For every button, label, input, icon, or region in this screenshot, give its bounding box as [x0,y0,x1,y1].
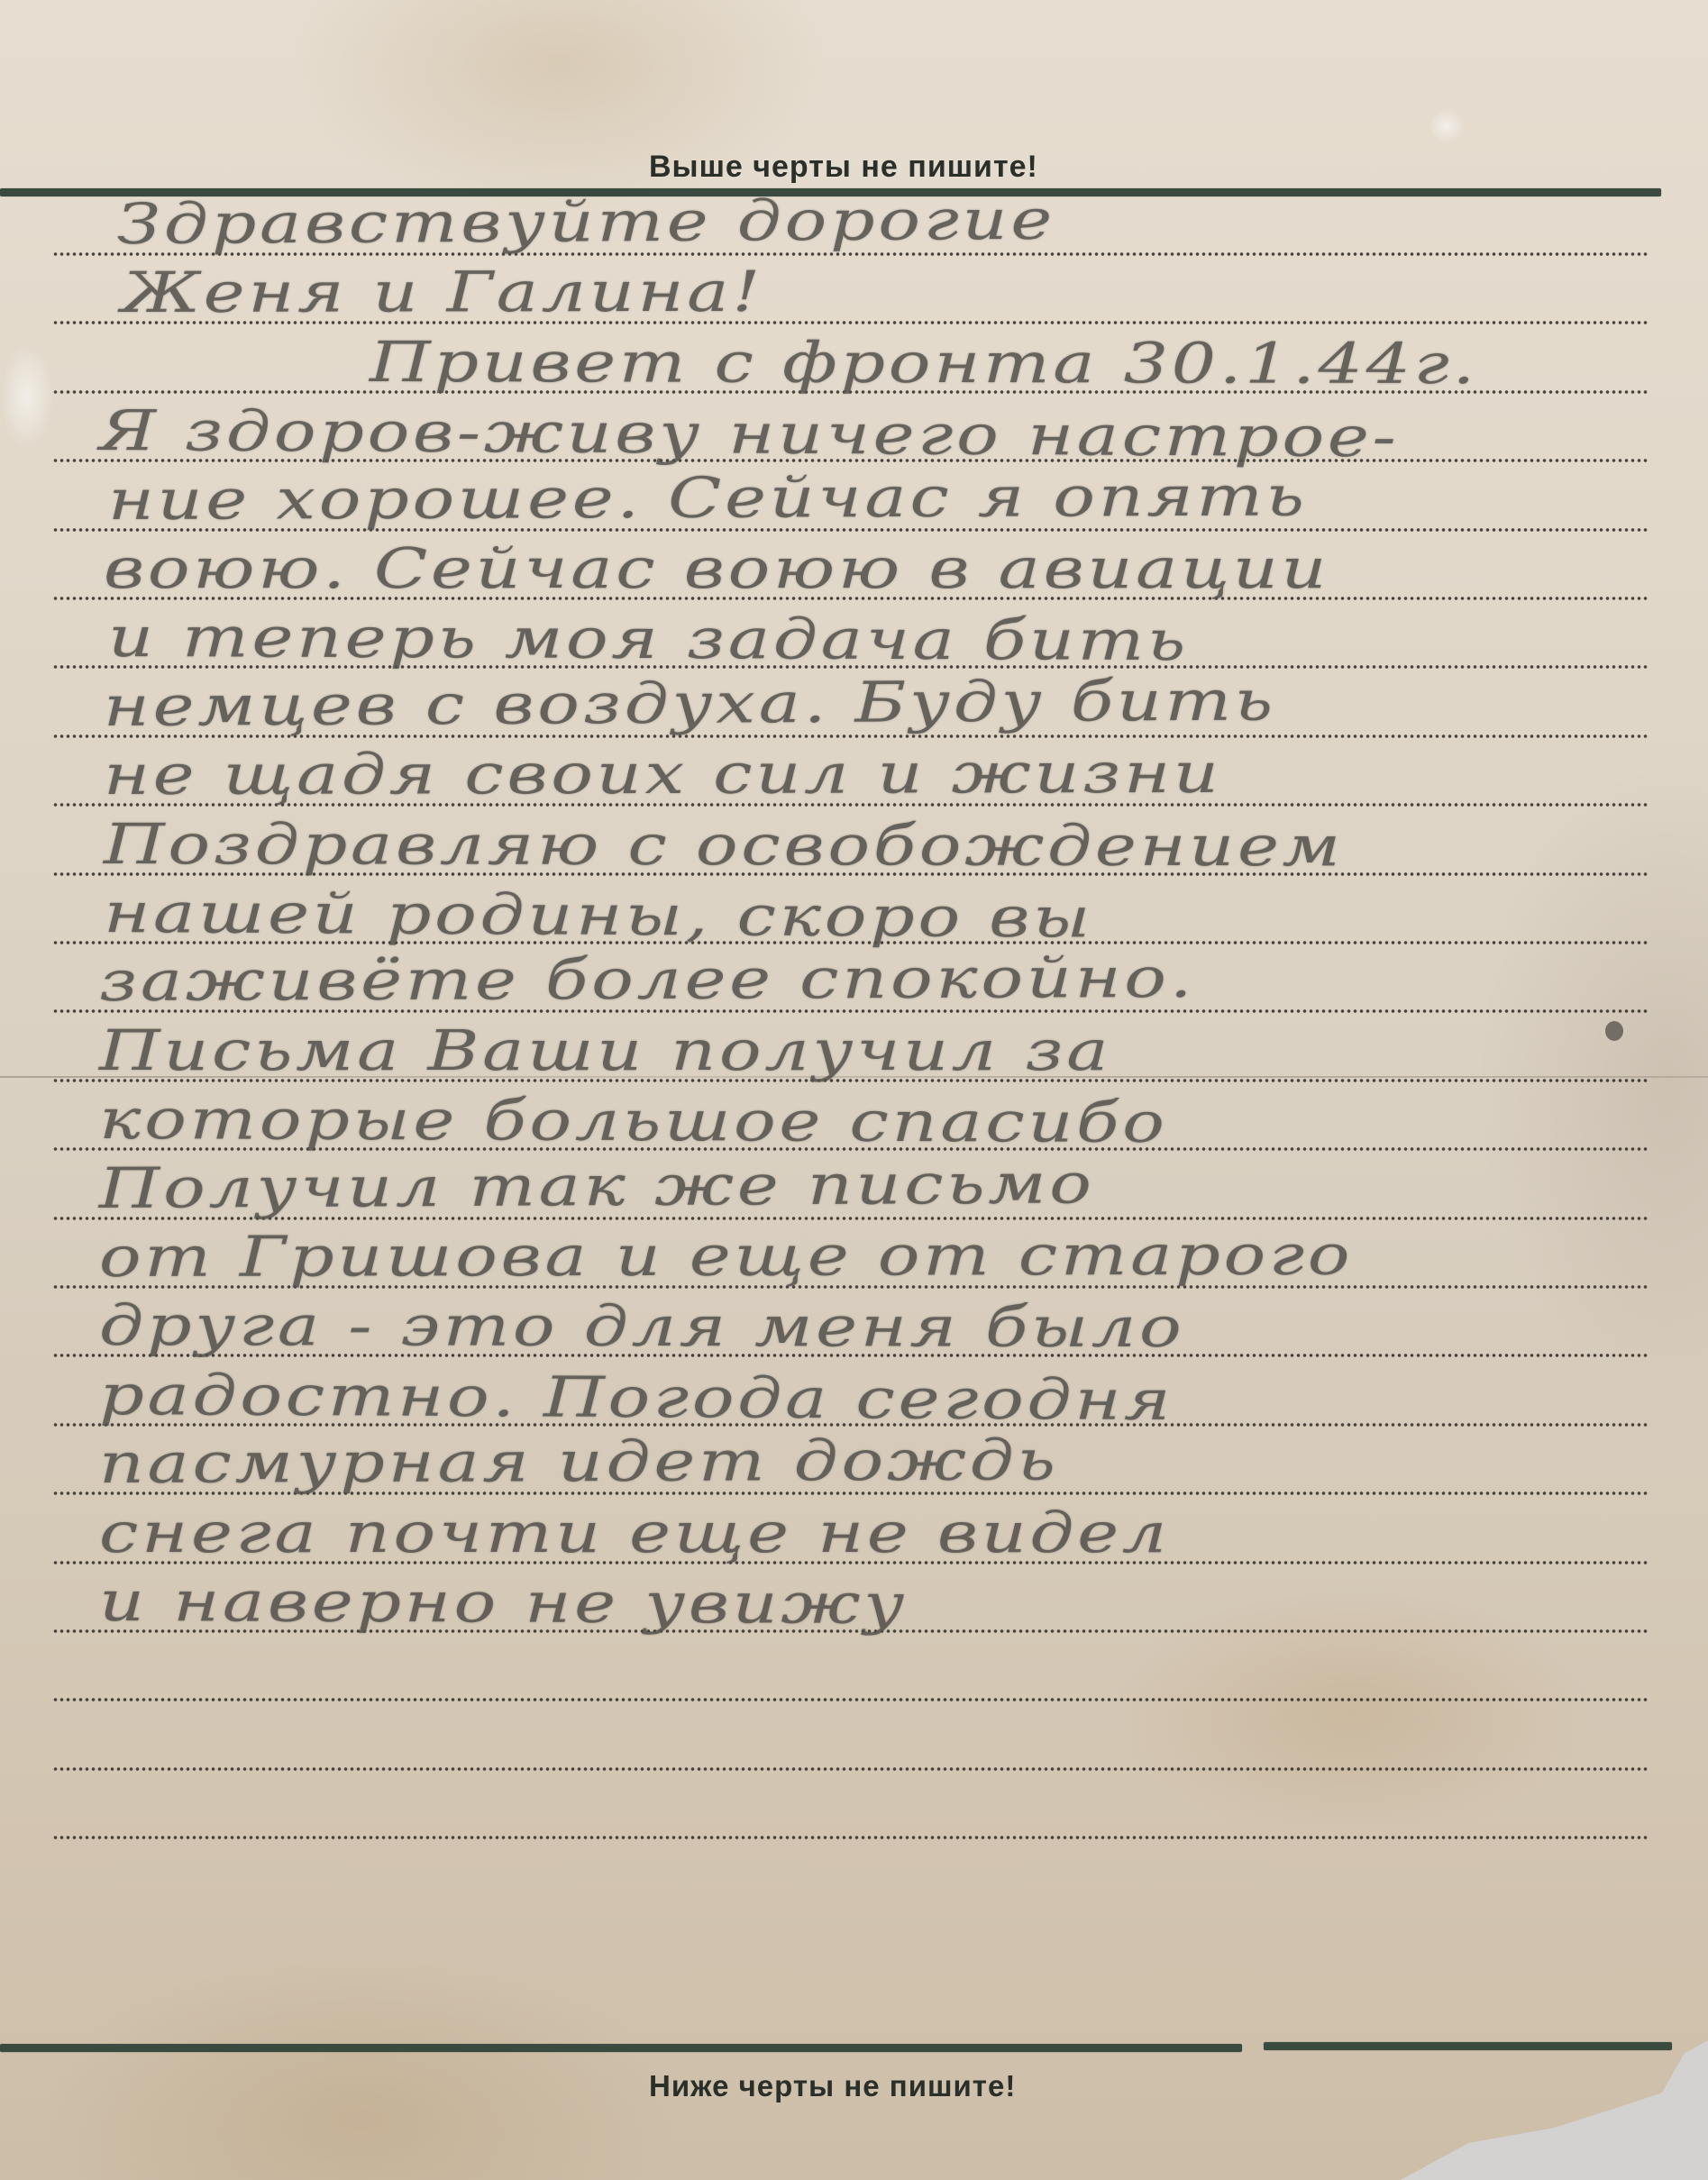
letter-line: Женя и Галина! [122,264,763,321]
letter-line: немцев с воздуха. Буду бить [104,672,1276,734]
letter-line: ние хорошее. Сейчас я опять [108,469,1308,528]
bottom-boundary-rule-segment [1264,2042,1672,2050]
header-instruction: Выше черты не пишите! [649,150,1038,185]
letter-line: пасмурная идет дождь [99,1432,1059,1491]
dotted-guide-line [52,1767,1649,1771]
letter-line: Получил так же письмо [99,1155,1095,1217]
letter-line: Письма Ваши получил за [99,1023,1111,1079]
footer-instruction: Ниже черты не пишите! [649,2069,1016,2103]
letter-line: Здравствуйте дорогие [117,192,1056,252]
letter-line: нашей родины, скоро вы [104,885,1093,946]
letter-sheet: Выше черты не пишите! Здравствуйте дорог… [0,0,1708,2180]
letter-line: воюю. Сейчас воюю в авиации [104,541,1329,597]
letter-line: друга - это для меня было [99,1298,1185,1355]
letter-line: от Гришова и еще от старого [99,1227,1354,1285]
dotted-guide-line [52,1836,1649,1839]
dotted-guide-line [52,1698,1649,1701]
letter-line: и наверно не увижу [99,1573,908,1632]
letter-line: Я здоров-живу ничего настрое- [99,403,1400,465]
letter-line: заживёте более спокойно. [99,950,1196,1009]
glare-mark [1429,108,1465,144]
letter-line: радостно. Погода сегодня [99,1367,1174,1428]
letter-line: не щадя своих сил и жизни [104,745,1222,803]
letter-line: Привет с фронта 30.1.44г. [370,334,1478,392]
ink-blot [1605,1021,1623,1041]
letter-line: снега почти еще не видел [99,1505,1170,1561]
letter-line: Поздравляю с освобождением [104,816,1344,874]
bottom-boundary-rule [0,2044,1242,2052]
letter-line: и теперь моя задача бить [108,609,1189,669]
letter-line: которые большое спасибо [99,1091,1168,1151]
glare-mark [0,342,54,451]
